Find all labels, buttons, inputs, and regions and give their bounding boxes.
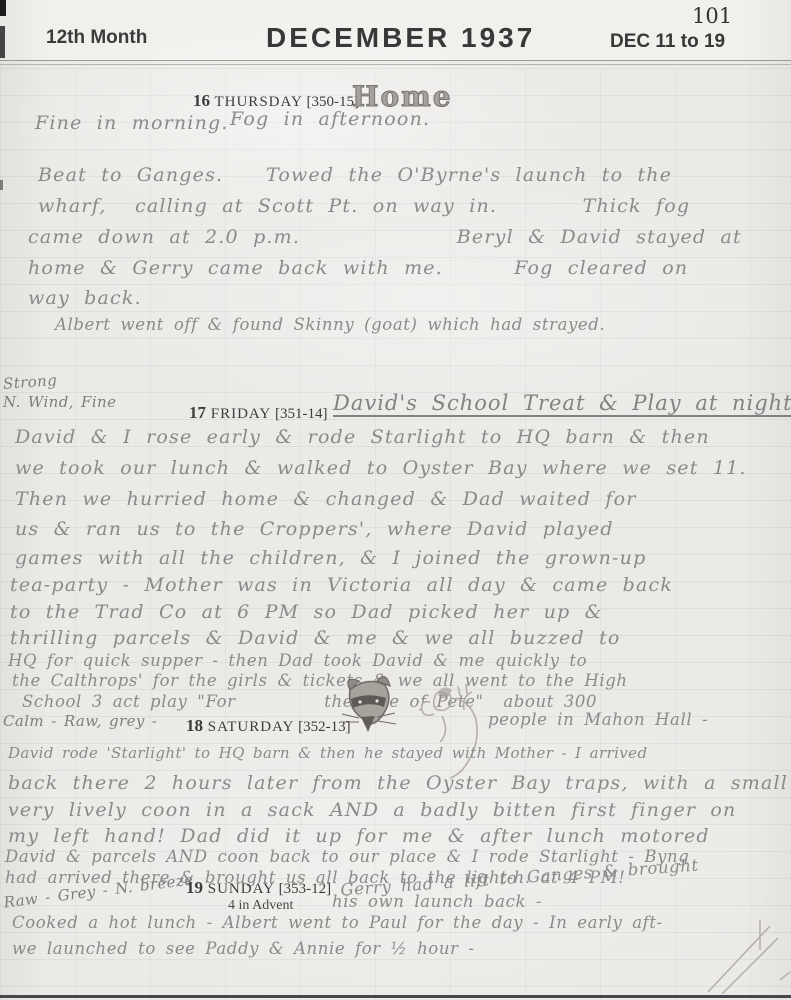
diary-line: wharf, calling at Scott Pt. on way in. T… <box>38 195 690 217</box>
scan-edge-mark <box>0 180 3 190</box>
diary-line: back there 2 hours later from the Oyster… <box>8 772 788 794</box>
header-rule-top <box>0 60 791 61</box>
scan-edge-mark <box>0 26 5 58</box>
diary-line: way back. <box>28 287 142 309</box>
day-name-text: FRIDAY <box>211 406 271 422</box>
diary-line: we launched to see Paddy & Annie for ½ h… <box>12 939 475 958</box>
diary-line: very lively coon in a sack AND a badly b… <box>8 799 737 821</box>
diary-line: Beat to Ganges. Towed the O'Byrne's laun… <box>38 164 672 186</box>
advent-subtitle: 4 in Advent <box>228 898 293 914</box>
diary-line: games with all the children, & I joined … <box>15 547 646 569</box>
day-name-text: SUNDAY <box>208 881 275 897</box>
diary-line: Albert went off & found Skinny (goat) wh… <box>55 315 605 334</box>
diary-page-scan: 101 12th Month DECEMBER 1937 DEC 11 to 1… <box>0 0 791 1000</box>
day-number: 19 <box>186 878 203 897</box>
diary-line: to the Trad Co at 6 PM so Dad picked her… <box>10 601 603 623</box>
day-number: 18 <box>186 716 203 735</box>
page-title: DECEMBER 1937 <box>266 22 535 54</box>
diary-line: his own launch back - <box>332 892 542 911</box>
diary-line: David rode 'Starlight' to HQ barn & then… <box>8 744 647 762</box>
weather-margin-note: Strong <box>2 371 57 393</box>
weather-margin-note: Calm - Raw, grey - <box>3 712 157 730</box>
weather-note: Fine in morning. <box>35 112 229 134</box>
page-corner-fold-marks <box>700 920 791 995</box>
month-label: 12th Month <box>46 27 147 49</box>
page-number: 101 <box>692 4 732 28</box>
scan-bottom-edge <box>0 995 791 998</box>
diary-line: Cooked a hot lunch - Albert went to Paul… <box>12 913 663 932</box>
diary-line: thrilling parcels & David & me & we all … <box>10 627 621 649</box>
day-header-friday: 17 FRIDAY [351-14] <box>189 403 327 423</box>
diary-line: came down at 2.0 p.m. Beryl & David stay… <box>28 226 742 248</box>
day-number: 16 <box>193 91 210 110</box>
diary-line: home & Gerry came back with me. Fog clea… <box>28 257 688 279</box>
raccoon-face-sketch <box>340 672 396 740</box>
diary-line: my left hand! Dad did it up for me & aft… <box>8 825 710 847</box>
diary-line: HQ for quick supper - then Dad took Davi… <box>8 651 587 670</box>
diary-line: Then we hurried home & changed & Dad wai… <box>15 488 637 510</box>
diary-line: tea-party - Mother was in Victoria all d… <box>10 574 673 596</box>
day-number: 17 <box>189 403 206 422</box>
day-ordinal-text: [353-12] <box>279 881 332 897</box>
day-ordinal-text: [351-14] <box>275 406 328 422</box>
diary-line: us & ran us to the Croppers', where Davi… <box>15 518 614 540</box>
diary-line: we took our lunch & walked to Oyster Bay… <box>15 457 747 479</box>
entry-heading-school-treat: David's School Treat & Play at night <box>333 391 791 415</box>
weather-margin-note: N. Wind, Fine <box>3 393 116 411</box>
date-range-label: DEC 11 to 19 <box>610 31 725 53</box>
weather-note: Fog in afternoon. <box>230 108 430 130</box>
diary-line: David & I rose early & rode Starlight to… <box>15 426 710 448</box>
day-header-sunday: 19 SUNDAY [353-12] <box>186 878 331 898</box>
day-header-saturday: 18 SATURDAY [352-13] <box>186 716 351 736</box>
header-rule-bottom <box>0 64 791 65</box>
diary-line: the Calthrops' for the girls & tickets &… <box>12 671 628 690</box>
scan-edge-mark <box>0 0 6 16</box>
day-name-text: SATURDAY <box>208 719 295 735</box>
